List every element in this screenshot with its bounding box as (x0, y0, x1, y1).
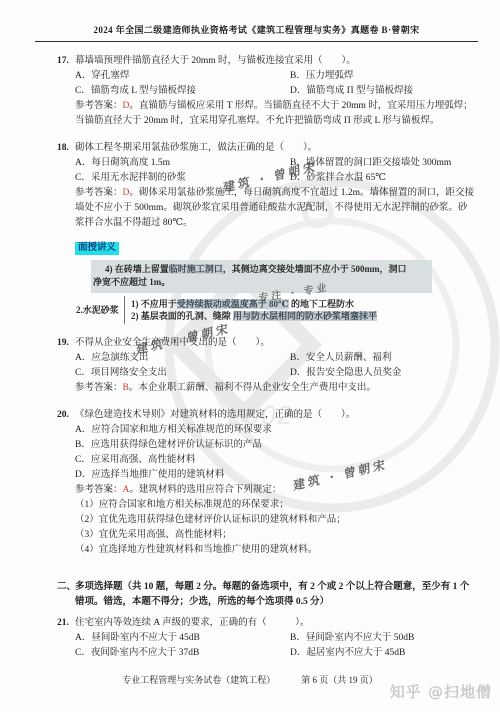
question-number: 18. (57, 141, 75, 324)
question-number: 17. (57, 54, 75, 129)
lecture-notes-block: 面授讲义 4) 在砖墙上留置临时施工洞口，其侧边离交接处墙面不应小于 500mm… (75, 241, 476, 324)
option-d: D．报告安全隐患人员奖金 (290, 366, 476, 381)
excerpt-highlight: 临时施工洞口 (169, 264, 223, 274)
option-b: B．应选用获得绿色建材评价认证标识的产品 (75, 438, 476, 453)
zhihu-watermark: 知乎 @扫地僧 (390, 681, 492, 702)
section-number: 二、 (57, 580, 75, 610)
answer-label: 参考答案： (75, 188, 123, 198)
option-row: C．夜间卧室内不应大于 37dB D．起居室内不应大于 45dB (75, 646, 476, 661)
answer-label: 参考答案： (75, 101, 123, 111)
question-stem: 砌体工程冬期采用氯盐砂浆施工，做法正确的是（ ）。 (75, 141, 476, 156)
table-highlight: 用与防水层相同的防水砂浆堵塞抹平 (233, 311, 377, 321)
option-b: B．昼间卧室内不应大于 50dB (290, 631, 476, 646)
option-row: A．每日砌筑高度 1.5m B．墙体留置的洞口距交接墙处 300mm (75, 156, 476, 171)
answer-line: 参考答案：A。建筑材料的选用应符合下列规定： (75, 483, 476, 498)
question-17: 17. 幕墙墙预埋件锚筋直径大于 20mm 时，与锚板连接宜采用（ ）。 A．穿… (57, 54, 476, 129)
option-a: A．穿孔塞焊 (75, 69, 290, 84)
option-d: D．砂浆拌合水温 65℃ (290, 171, 476, 186)
option-row: A．穿孔塞焊 B．压力埋弧焊 (75, 69, 476, 84)
lecture-excerpt: 4) 在砖墙上留置临时施工洞口，其侧边离交接处墙面不应小于 500mm，洞口 净… (91, 260, 432, 293)
option-row: C．项目网络安全支出 D．报告安全隐患人员奖金 (75, 366, 476, 381)
option-row: C．锚筋弯成 L 型与锚板焊接 D．锚筋弯成 Π 型与锚板焊接 (75, 84, 476, 99)
table-text: 的地下工程防水 (289, 299, 354, 309)
question-19: 19. 不得从企业安全生产费用中支出的是（ ）。 A．应急演练支出 B．安全人员… (57, 336, 476, 396)
option-row: A．应急演练支出 B．安全人员薪酬、福利 (75, 351, 476, 366)
table-text: 1) 不应用于 (131, 299, 177, 309)
option-b: B．墙体留置的洞口距交接墙处 300mm (290, 156, 476, 171)
exam-paper-page: 2002– 建筑 · 曾朝宋 专注 · 专业 建筑 · 曾朝宋 建筑 · 曾朝宋… (0, 0, 500, 712)
table-line-1: 1) 不应用于受持续振动或温度高于 80℃ 的地下工程防水 (131, 298, 377, 310)
answer-sub-item-4: （4）宜选择地方性建筑材料和当地推广使用的建筑材料。 (75, 543, 476, 558)
table-text: 2) 基层表面的孔洞、缝隙 (131, 311, 233, 321)
section-text: 多项选择题（共 10 题，每题 2 分。每题的备选项中，有 2 个或 2 个以上… (75, 580, 476, 610)
answer-line: 参考答案：D。砌体采用氯盐砂浆施工，每日砌筑高度不宜超过 1.2m。墙体留置的洞… (75, 186, 476, 231)
option-b: B．安全人员薪酬、福利 (290, 351, 476, 366)
question-stem: 幕墙墙预埋件锚筋直径大于 20mm 时，与锚板连接宜采用（ ）。 (75, 54, 476, 69)
answer-explanation: 。本企业职工薪酬、福利不得从企业安全生产费用中支出。 (129, 383, 376, 393)
answer-label: 参考答案： (75, 485, 123, 495)
option-d: D．应选择当地推广使用的建筑材料 (75, 468, 476, 483)
question-body: 住宅室内等效连续 A 声级的要求，正确的有（ ）。 A．昼间卧室内不应大于 45… (75, 616, 476, 661)
excerpt-line-1: 4) 在砖墙上留置临时施工洞口，其侧边离交接处墙面不应小于 500mm，洞口 (93, 263, 426, 276)
page-content: 17. 幕墙墙预埋件锚筋直径大于 20mm 时，与锚板连接宜采用（ ）。 A．穿… (0, 54, 500, 661)
option-a: A．应符合国家和地方相关标准规范的环保要求 (75, 423, 476, 438)
question-stem: 《绿色建造技术导则》对建筑材料的选用规定，正确的是（ ）。 (75, 408, 476, 423)
option-c: C．夜间卧室内不应大于 37dB (75, 646, 290, 661)
page-header-title: 2024 年全国二级建造师执业资格考试《建筑工程管理与实务》真题卷 B·曾朝宋 (35, 23, 478, 42)
option-row: A．昼间卧室内不应大于 45dB B．昼间卧室内不应大于 50dB (75, 631, 476, 646)
answer-explanation: 。砌体采用氯盐砂浆施工，每日砌筑高度不宜超过 1.2m。墙体留置的洞口，距交接墙… (75, 188, 474, 228)
question-body: 幕墙墙预埋件锚筋直径大于 20mm 时，与锚板连接宜采用（ ）。 A．穿孔塞焊 … (75, 54, 476, 129)
section-2-heading: 二、 多项选择题（共 10 题，每题 2 分。每题的备选项中，有 2 个或 2 … (57, 580, 476, 610)
option-d: D．起居室内不应大于 45dB (290, 646, 476, 661)
lecture-tag: 面授讲义 (75, 242, 119, 255)
question-body: 不得从企业安全生产费用中支出的是（ ）。 A．应急演练支出 B．安全人员薪酬、福… (75, 336, 476, 396)
table-row-body: 1) 不应用于受持续振动或温度高于 80℃ 的地下工程防水 2) 基层表面的孔洞… (124, 296, 377, 324)
option-a: A．每日砌筑高度 1.5m (75, 156, 290, 171)
answer-explanation: 。直锚筋与锚板应采用 T 形焊。当锚筋直径不大于 20mm 时，宜采用压力埋弧焊… (75, 101, 473, 126)
table-highlight: 受持续振动或温度高于 80℃ (177, 299, 289, 309)
option-c: C．项目网络安全支出 (75, 366, 290, 381)
question-body: 砌体工程冬期采用氯盐砂浆施工，做法正确的是（ ）。 A．每日砌筑高度 1.5m … (75, 141, 476, 324)
excerpt-line-2: 净宽不应超过 1m。 (93, 276, 426, 289)
option-row: C．采用无水泥拌制的砂浆 D．砂浆拌合水温 65℃ (75, 171, 476, 186)
footer-paper-title: 专业工程管理与实务试卷（建筑工程） (122, 673, 275, 686)
question-number: 19. (57, 336, 75, 396)
option-c: C．采用无水泥拌制的砂浆 (75, 171, 290, 186)
option-b: B．压力埋弧焊 (290, 69, 476, 84)
excerpt-text: ，其侧边离交接处墙面不应小于 500mm，洞口 (223, 264, 407, 274)
question-21: 21. 住宅室内等效连续 A 声级的要求，正确的有（ ）。 A．昼间卧室内不应大… (57, 616, 476, 661)
question-20: 20. 《绿色建造技术导则》对建筑材料的选用规定，正确的是（ ）。 A．应符合国… (57, 408, 476, 558)
answer-explanation: 。建筑材料的选用应符合下列规定： (129, 485, 281, 495)
question-number: 20. (57, 408, 75, 558)
option-a: A．昼间卧室内不应大于 45dB (75, 631, 290, 646)
question-stem: 不得从企业安全生产费用中支出的是（ ）。 (75, 336, 476, 351)
option-a: A．应急演练支出 (75, 351, 290, 366)
answer-sub-item-3: （3）宜优先采用高强、高性能材料； (75, 528, 476, 543)
answer-sub-item-1: （1）应符合国家和地方相关标准规范的环保要求； (75, 498, 476, 513)
answer-line: 参考答案：B。本企业职工薪酬、福利不得从企业安全生产费用中支出。 (75, 381, 476, 396)
question-body: 《绿色建造技术导则》对建筑材料的选用规定，正确的是（ ）。 A．应符合国家和地方… (75, 408, 476, 558)
question-stem: 住宅室内等效连续 A 声级的要求，正确的有（ ）。 (75, 616, 476, 631)
answer-label: 参考答案： (75, 383, 123, 393)
option-c: C．锚筋弯成 L 型与锚板焊接 (75, 84, 290, 99)
option-d: D．锚筋弯成 Π 型与锚板焊接 (290, 84, 476, 99)
excerpt-text: 4) 在砖墙上留置 (105, 264, 169, 274)
footer-page-number: 第 6 页（共 19 页） (301, 673, 378, 686)
table-line-2: 2) 基层表面的孔洞、缝隙 用与防水层相同的防水砂浆堵塞抹平 (131, 310, 377, 322)
question-number: 21. (57, 616, 75, 661)
answer-line: 参考答案：D。直锚筋与锚板应采用 T 形焊。当锚筋直径不大于 20mm 时，宜采… (75, 99, 476, 129)
question-18: 18. 砌体工程冬期采用氯盐砂浆施工，做法正确的是（ ）。 A．每日砌筑高度 1… (57, 141, 476, 324)
option-c: C．应采用高强、高性能材料 (75, 453, 476, 468)
answer-sub-item-2: （2）宜优先选用获得绿色建材评价认证标识的建筑材料和产品； (75, 513, 476, 528)
table-row-label: 2.水泥砂浆 (76, 301, 124, 319)
lecture-table-row: 2.水泥砂浆 1) 不应用于受持续振动或温度高于 80℃ 的地下工程防水 2) … (76, 296, 476, 324)
